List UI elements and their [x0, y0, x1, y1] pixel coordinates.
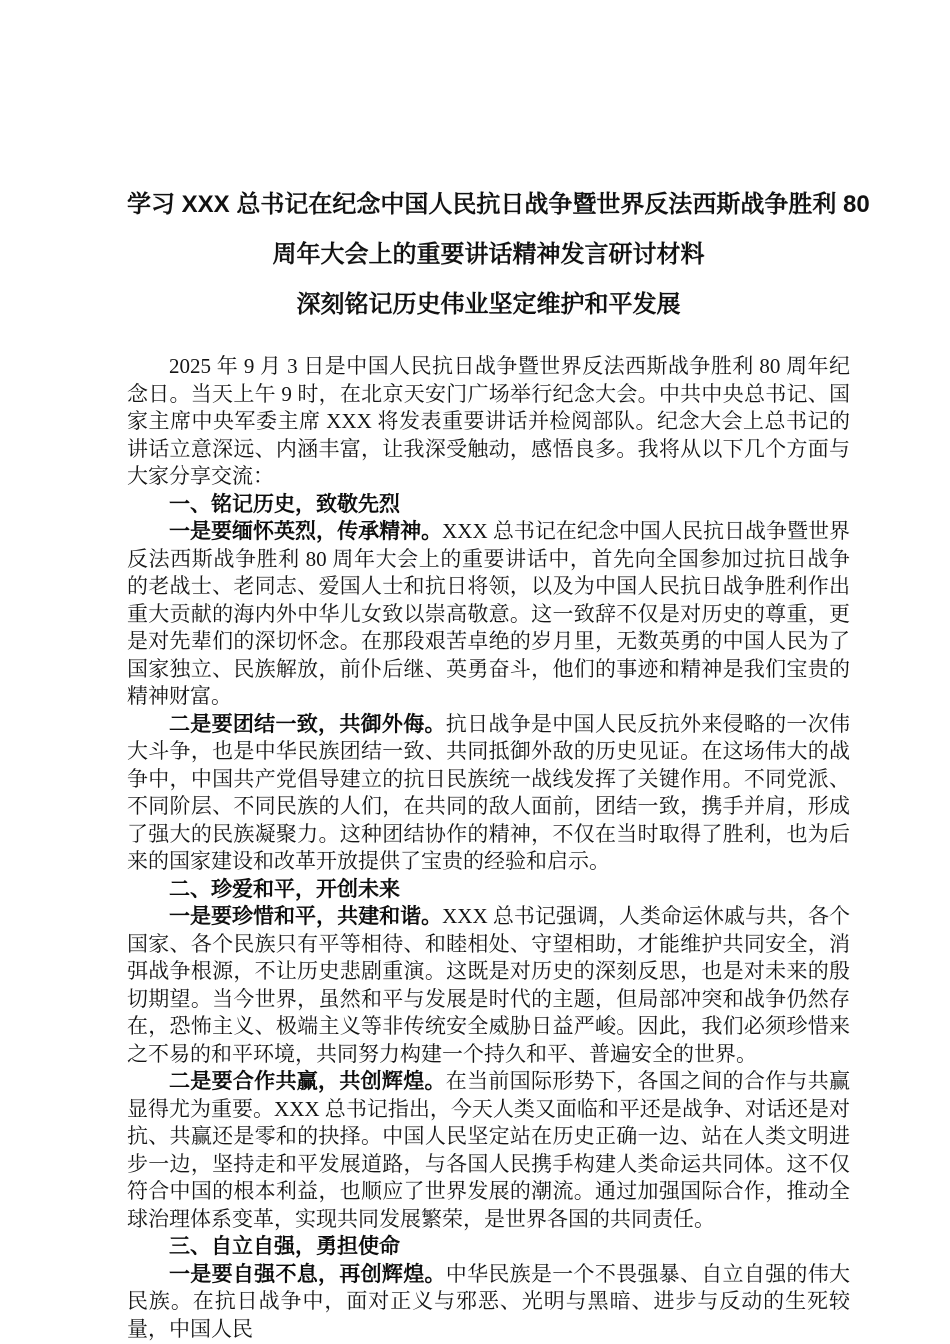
section-heading-2: 二、珍爱和平，开创未来 [127, 876, 850, 904]
document-title-line-2: 周年大会上的重要讲话精神发言研讨材料 [127, 230, 850, 280]
paragraph-1-1: 一是要缅怀英烈，传承精神。XXX 总书记在纪念中国人民抗日战争暨世界反法西斯战争… [127, 518, 850, 711]
paragraph-2-2-text: 在当前国际形势下，各国之间的合作与共赢显得尤为重要。XXX 总书记指出，今天人类… [127, 1069, 850, 1231]
paragraph-2-2-lead: 二是要合作共赢，共创辉煌。 [169, 1070, 446, 1093]
document-body: 2025 年 9 月 3 日是中国人民抗日战争暨世界反法西斯战争胜利 80 周年… [127, 353, 850, 1343]
paragraph-intro-text: 2025 年 9 月 3 日是中国人民抗日战争暨世界反法西斯战争胜利 80 周年… [127, 354, 850, 488]
section-heading-1: 一、铭记历史，致敬先烈 [127, 491, 850, 519]
paragraph-1-1-lead: 一是要缅怀英烈，传承精神。 [169, 520, 442, 543]
paragraph-intro: 2025 年 9 月 3 日是中国人民抗日战争暨世界反法西斯战争胜利 80 周年… [127, 353, 850, 491]
document-title-block: 学习 XXX 总书记在纪念中国人民抗日战争暨世界反法西斯战争胜利 80 周年大会… [127, 180, 850, 330]
paragraph-3-1: 一是要自强不息，再创辉煌。中华民族是一个不畏强暴、自立自强的伟大民族。在抗日战争… [127, 1261, 850, 1344]
document-title-line-1: 学习 XXX 总书记在纪念中国人民抗日战争暨世界反法西斯战争胜利 80 [127, 180, 850, 230]
document-subtitle: 深刻铭记历史伟业坚定维护和平发展 [127, 280, 850, 330]
paragraph-2-1-text: XXX 总书记强调，人类命运休戚与共，各个国家、各个民族只有平等相待、和睦相处、… [127, 904, 850, 1066]
paragraph-1-1-text: XXX 总书记在纪念中国人民抗日战争暨世界反法西斯战争胜利 80 周年大会上的重… [127, 519, 850, 708]
document-page: 学习 XXX 总书记在纪念中国人民抗日战争暨世界反法西斯战争胜利 80 周年大会… [0, 0, 950, 1344]
paragraph-2-2: 二是要合作共赢，共创辉煌。在当前国际形势下，各国之间的合作与共赢显得尤为重要。X… [127, 1068, 850, 1233]
paragraph-2-1: 一是要珍惜和平，共建和谐。XXX 总书记强调，人类命运休戚与共，各个国家、各个民… [127, 903, 850, 1068]
section-heading-3: 三、自立自强，勇担使命 [127, 1233, 850, 1261]
document-content: 学习 XXX 总书记在纪念中国人民抗日战争暨世界反法西斯战争胜利 80 周年大会… [0, 0, 950, 1343]
paragraph-2-1-lead: 一是要珍惜和平，共建和谐。 [169, 905, 442, 928]
paragraph-1-2-lead: 二是要团结一致，共御外侮。 [169, 713, 446, 736]
paragraph-1-2: 二是要团结一致，共御外侮。抗日战争是中国人民反抗外来侵略的一次伟大斗争，也是中华… [127, 711, 850, 876]
paragraph-3-1-lead: 一是要自强不息，再创辉煌。 [169, 1263, 446, 1286]
